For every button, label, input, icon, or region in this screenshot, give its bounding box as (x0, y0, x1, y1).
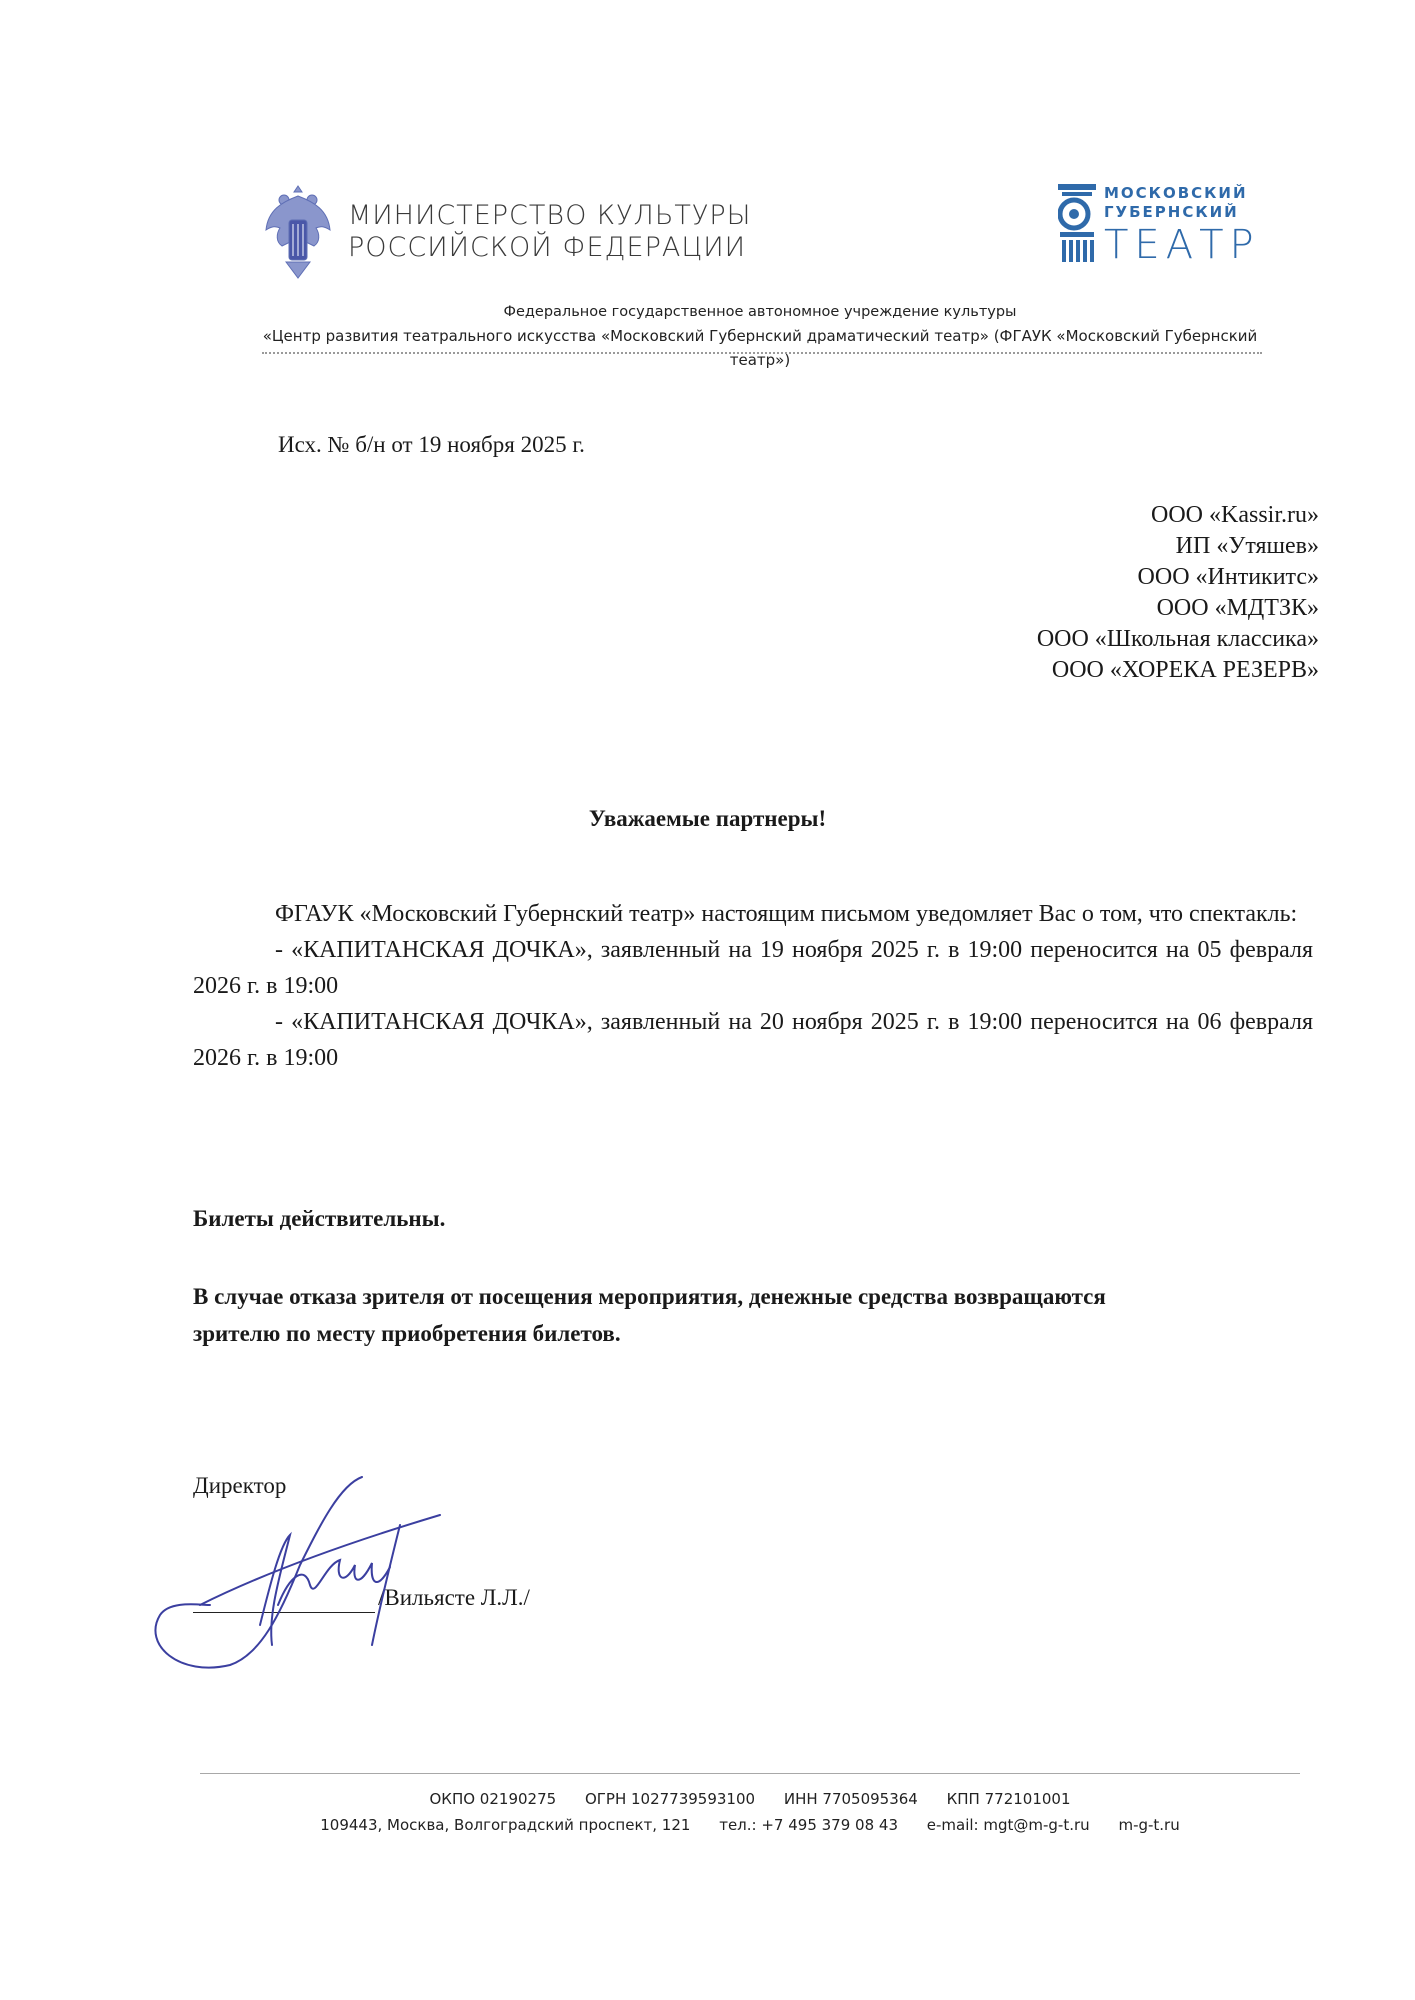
greeting: Уважаемые партнеры! (0, 806, 1415, 832)
ministry-header: МИНИСТЕРСТВО КУЛЬТУРЫ РОССИЙСКОЙ ФЕДЕРАЦ… (262, 182, 751, 282)
footer: ОКПО 02190275 ОГРН 1027739593100 ИНН 770… (200, 1786, 1300, 1838)
kpp-code: КПП 772101001 (947, 1790, 1071, 1808)
theatre-logo: МОСКОВСКИЙ ГУБЕРНСКИЙ ТЕАТР (1058, 184, 1260, 266)
outgoing-reference: Исх. № б/н от 19 ноября 2025 г. (278, 432, 585, 458)
handwritten-signature-icon (140, 1465, 500, 1675)
ogrn-code: ОГРН 1027739593100 (585, 1790, 755, 1808)
organization-line-2: «Центр развития театрального искусства «… (240, 324, 1280, 372)
email: e-mail: mgt@m-g-t.ru (927, 1816, 1090, 1834)
recipient: ООО «Школьная классика» (1037, 624, 1319, 655)
footer-contact-row: 109443, Москва, Волгоградский проспект, … (200, 1812, 1300, 1838)
theatre-name: МОСКОВСКИЙ ГУБЕРНСКИЙ ТЕАТР (1104, 184, 1260, 266)
letter-body: ФГАУК «Московский Губернский театр» наст… (193, 896, 1313, 1076)
organization-line-1: Федеральное государственное автономное у… (240, 300, 1280, 324)
organization-name: Федеральное государственное автономное у… (240, 300, 1280, 372)
ionic-column-icon (1058, 184, 1096, 264)
theatre-line-1: МОСКОВСКИЙ (1104, 184, 1260, 203)
intro-paragraph: ФГАУК «Московский Губернский театр» наст… (193, 896, 1313, 932)
refund-notice: В случае отказа зрителя от посещения мер… (193, 1278, 1153, 1352)
recipient: ООО «Kassir.ru» (1037, 500, 1319, 531)
ministry-line-2: РОССИЙСКОЙ ФЕДЕРАЦИИ (348, 232, 751, 264)
reschedule-item: - «КАПИТАНСКАЯ ДОЧКА», заявленный на 19 … (193, 932, 1313, 1004)
address: 109443, Москва, Волгоградский проспект, … (320, 1816, 690, 1834)
double-headed-eagle-emblem-icon (262, 182, 334, 282)
header-divider (262, 352, 1262, 354)
tickets-valid-notice: Билеты действительны. (193, 1206, 445, 1232)
recipient: ООО «Интикитс» (1037, 562, 1319, 593)
theatre-line-2: ГУБЕРНСКИЙ (1104, 203, 1260, 222)
phone: тел.: +7 495 379 08 43 (719, 1816, 898, 1834)
theatre-line-3: ТЕАТР (1104, 224, 1260, 266)
reschedule-item: - «КАПИТАНСКАЯ ДОЧКА», заявленный на 20 … (193, 1004, 1313, 1076)
inn-code: ИНН 7705095364 (784, 1790, 918, 1808)
footer-registration-row: ОКПО 02190275 ОГРН 1027739593100 ИНН 770… (200, 1786, 1300, 1812)
ministry-line-1: МИНИСТЕРСТВО КУЛЬТУРЫ (348, 200, 751, 232)
footer-divider (200, 1773, 1300, 1774)
okpo-code: ОКПО 02190275 (430, 1790, 557, 1808)
recipient: ООО «ХОРЕКА РЕЗЕРВ» (1037, 655, 1319, 686)
recipient: ИП «Утяшев» (1037, 531, 1319, 562)
website: m-g-t.ru (1118, 1816, 1179, 1834)
ministry-name: МИНИСТЕРСТВО КУЛЬТУРЫ РОССИЙСКОЙ ФЕДЕРАЦ… (348, 200, 751, 264)
recipient: ООО «МДТЗК» (1037, 593, 1319, 624)
recipients-list: ООО «Kassir.ru» ИП «Утяшев» ООО «Интикит… (1037, 500, 1319, 686)
